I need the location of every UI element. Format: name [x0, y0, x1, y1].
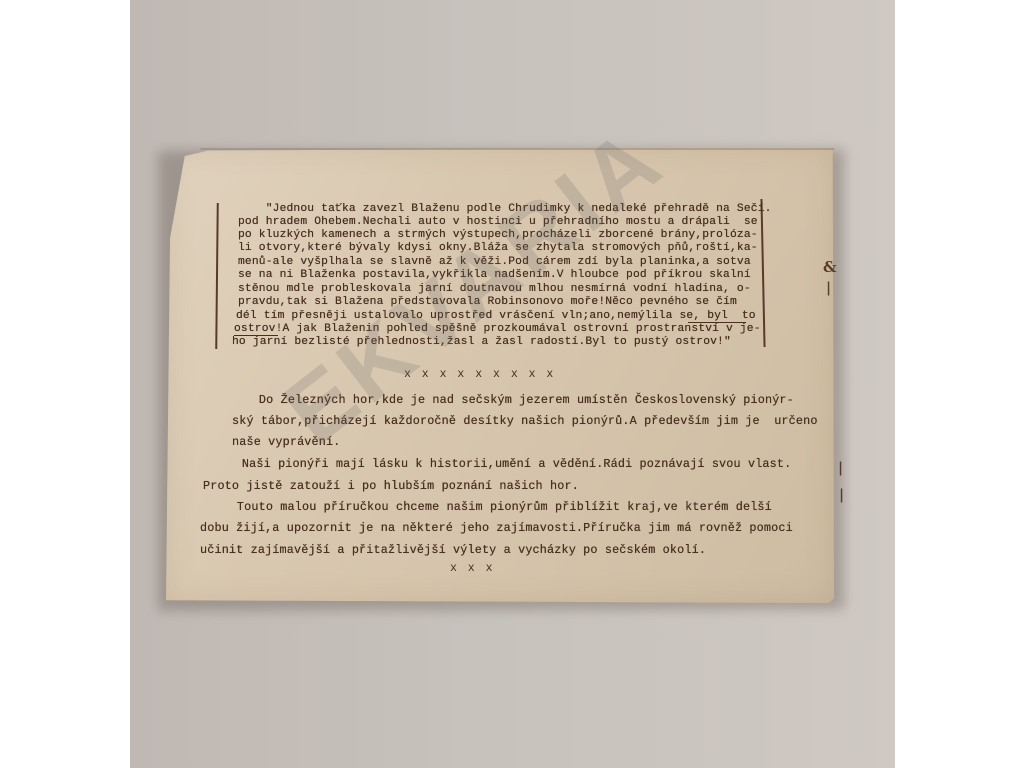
underline-byl-to	[688, 322, 746, 323]
underline-ostrov	[234, 335, 278, 336]
margin-note-ampersand: &	[823, 258, 837, 276]
margin-note-mark: |	[826, 280, 831, 296]
end-mark: x x x	[450, 562, 495, 575]
quote-line: pod hradem Ohebem.Nechali auto v hostinc…	[238, 216, 758, 229]
body-line: Do Železných hor,kde je nad sečským jeze…	[230, 389, 794, 411]
body-line: Naši pionýři mají lásku k historii,umění…	[213, 453, 791, 475]
body-line: naše vyprávění.	[232, 431, 340, 453]
quote-line: po kluzkých kamenech a strmých výstupech…	[238, 229, 758, 242]
margin-note-mark: |	[838, 460, 843, 476]
quote-line: li otvory,které bývaly kdysi okny.Bláža …	[238, 242, 758, 255]
quote-line: stěnou mdle probleskovala jarní doutnavo…	[238, 283, 751, 296]
body-line: učinit zajímavější a přitažlivější výlet…	[200, 539, 706, 561]
margin-note-mark: |	[839, 487, 844, 503]
section-separator: x x x x x x x x x	[404, 368, 555, 381]
quote-line: menů-ale vyšplhala se slavně až k věži.P…	[238, 256, 751, 269]
body-line: Proto jistě zatouží i po hlubším poznání…	[203, 475, 579, 497]
quote-line: "Jednou taťka zavezl Blaženu podle Chrud…	[238, 203, 772, 216]
quote-line: pravdu,tak si Blažena představovala Robi…	[238, 296, 737, 309]
paper-top-edge	[200, 148, 834, 150]
quote-line: se na ni Blaženka postavila,vykřikla nad…	[238, 269, 751, 282]
quote-line: ho jarní bezlisté přehlednosti,žasl a ža…	[232, 336, 731, 349]
body-line: dobu žijí,a upozornit je na některé jeho…	[200, 517, 793, 539]
body-line: Touto malou příručkou chceme našim pioný…	[208, 496, 772, 518]
body-line: ský tábor,přicházejí každoročně desítky …	[232, 410, 818, 432]
quote-line: dél tím přesněji ustalovalo uprostřed vr…	[236, 310, 756, 323]
quote-line: ostrov!A jak Blaženin pohled spěšně proz…	[234, 323, 761, 336]
